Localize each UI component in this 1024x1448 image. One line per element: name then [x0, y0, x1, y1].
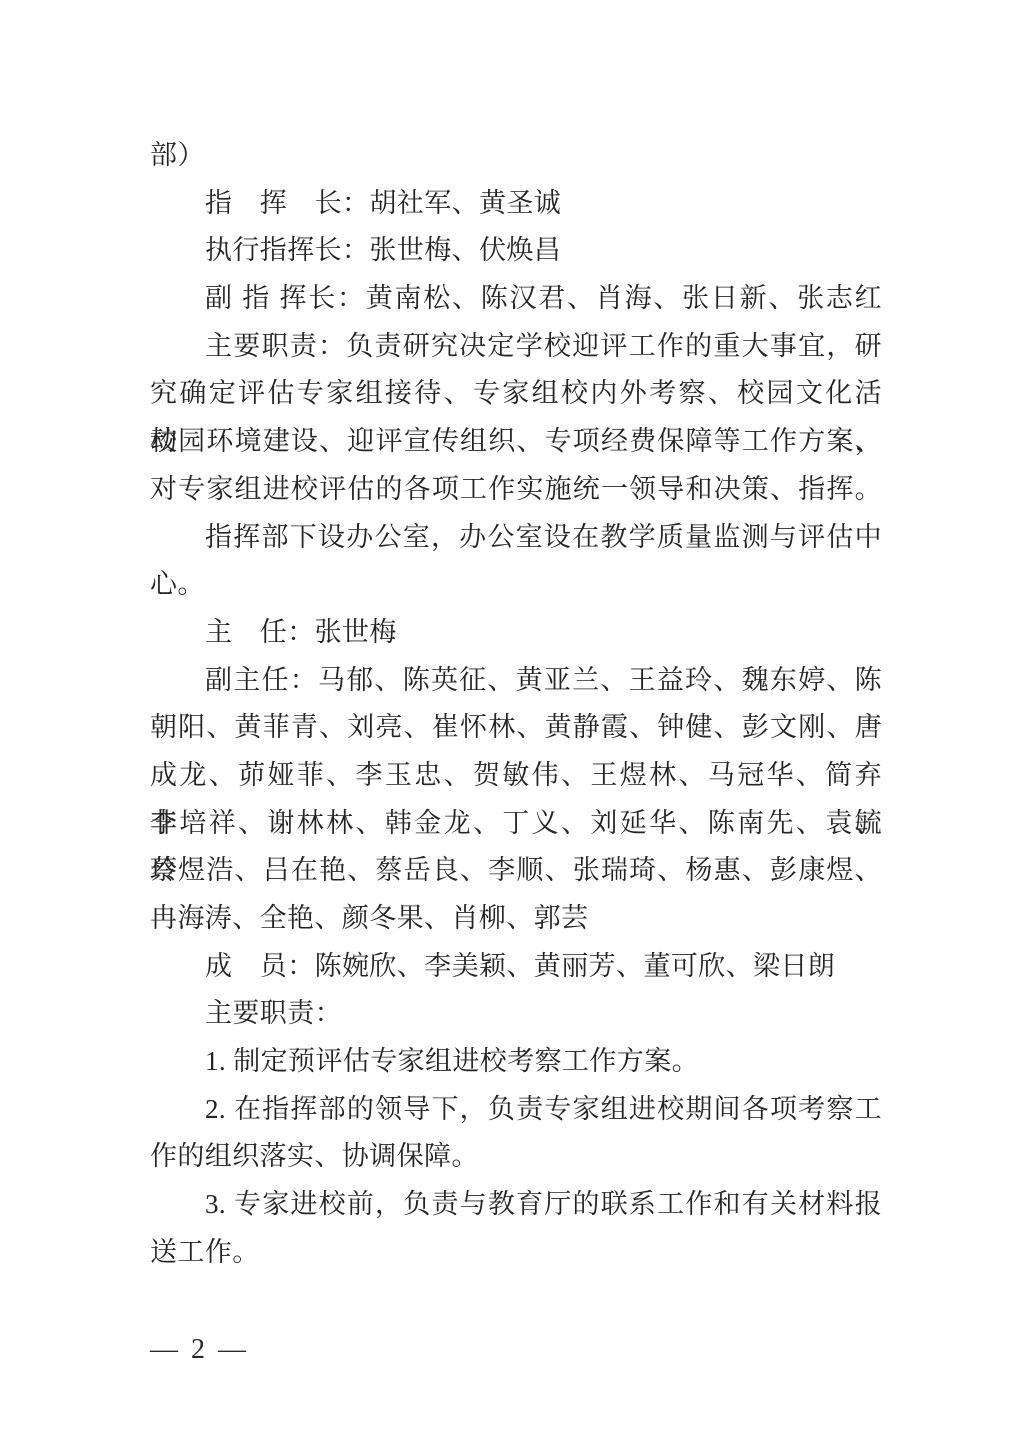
doc-line: 朝阳、黄菲青、刘亮、崔怀林、黄静霞、钟健、彭文刚、唐: [150, 704, 882, 752]
doc-line: 究确定评估专家组接待、专家组校内外考察、校园文化活动、: [150, 370, 882, 418]
doc-line: 校园环境建设、迎评宣传组织、专项经费保障等工作方案，: [150, 418, 882, 466]
doc-line: 2. 在指挥部的领导下，负责专家组进校期间各项考察工: [150, 1086, 882, 1134]
doc-line: 李培祥、谢林林、韩金龙、丁义、刘延华、陈南先、袁毓玲、: [150, 800, 882, 848]
doc-line: 指 挥 长：胡社军、黄圣诚: [150, 180, 882, 228]
doc-line: 1. 制定预评估专家组进校考察工作方案。: [150, 1038, 882, 1086]
doc-line: 主要职责：: [150, 990, 882, 1038]
doc-line: 副主任：马郁、陈英征、黄亚兰、王益玲、魏东婷、陈: [150, 657, 882, 705]
doc-line: 对专家组进校评估的各项工作实施统一领导和决策、指挥。: [150, 466, 882, 514]
doc-line: 蔡煜浩、吕在艳、蔡岳良、李顺、张瑞琦、杨惠、彭康煜、: [150, 847, 882, 895]
doc-line: 心。: [150, 561, 882, 609]
doc-line: 副 指 挥长：黄南松、陈汉君、肖海、张日新、张志红: [150, 275, 882, 323]
doc-line: 作的组织落实、协调保障。: [150, 1133, 882, 1181]
page-number: — 2 —: [150, 1334, 249, 1366]
doc-line: 部）: [150, 132, 882, 180]
document-body: 部） 指 挥 长：胡社军、黄圣诚 执行指挥长：张世梅、伏焕昌 副 指 挥长：黄南…: [150, 132, 882, 1277]
doc-line: 成龙、茆娅菲、李玉忠、贺敏伟、王煜林、马冠华、简弃非、: [150, 752, 882, 800]
doc-line: 成 员：陈婉欣、李美颖、黄丽芳、董可欣、梁日朗: [150, 943, 882, 991]
doc-line: 主 任：张世梅: [150, 609, 882, 657]
doc-line: 主要职责：负责研究决定学校迎评工作的重大事宜，研: [150, 323, 882, 371]
doc-line: 3. 专家进校前，负责与教育厅的联系工作和有关材料报: [150, 1181, 882, 1229]
document-page: 部） 指 挥 长：胡社军、黄圣诚 执行指挥长：张世梅、伏焕昌 副 指 挥长：黄南…: [0, 0, 1024, 1448]
doc-line: 冉海涛、全艳、颜冬果、肖柳、郭芸: [150, 895, 882, 943]
doc-line: 指挥部下设办公室，办公室设在教学质量监测与评估中: [150, 514, 882, 562]
doc-line: 送工作。: [150, 1229, 882, 1277]
doc-line: 执行指挥长：张世梅、伏焕昌: [150, 227, 882, 275]
